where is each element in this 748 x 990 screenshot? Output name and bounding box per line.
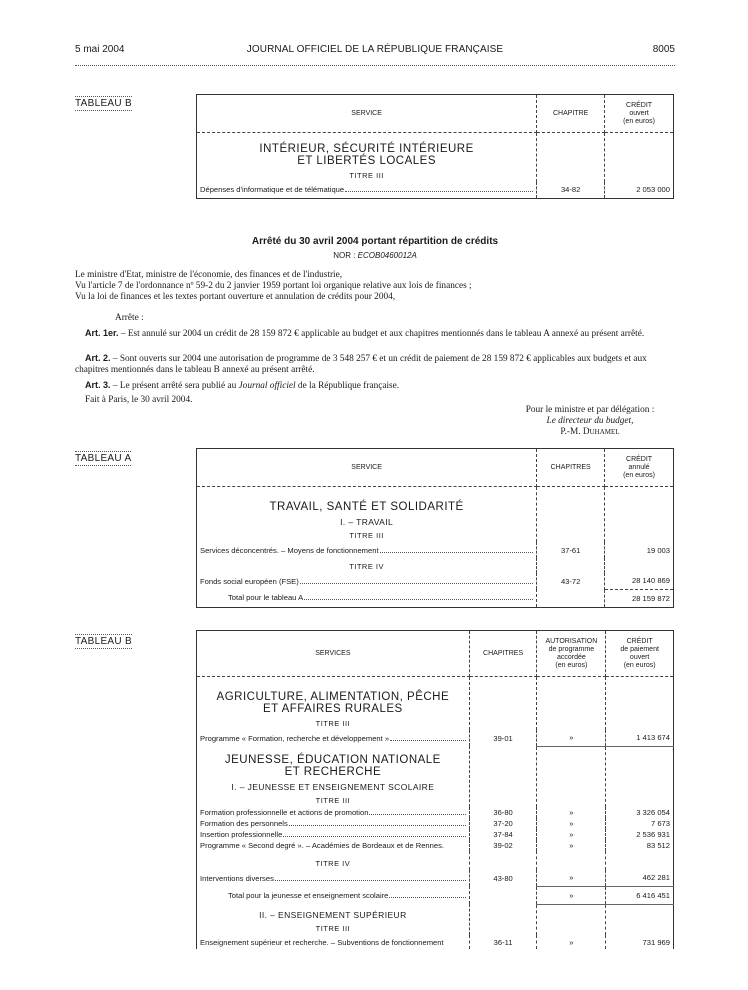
titre-heading: TITRE III	[200, 792, 466, 807]
table-row: Formation professionnelle et actions de …	[197, 807, 674, 818]
page-header: 5 mai 2004 JOURNAL OFFICIEL DE LA RÉPUBL…	[75, 44, 675, 58]
section-heading: II. – ENSEIGNEMENT SUPÉRIEUR	[200, 904, 466, 920]
preamble: Le ministre d'Etat, ministre de l'économ…	[75, 270, 675, 303]
signature-block: Pour le ministre et par délégation : Le …	[470, 405, 710, 438]
col-credit: CRÉDIT annulé (en euros)	[605, 449, 674, 487]
section-heading: I. – JEUNESSE ET ENSEIGNEMENT SCOLAIRE	[200, 778, 466, 792]
table-row: Formation des personnels 37-20 » 7 673	[197, 818, 674, 829]
page-number: 8005	[653, 44, 675, 55]
article-2: Art. 2. – Sont ouverts sur 2004 une auto…	[75, 353, 675, 376]
article-1: Art. 1er. – Est annulé sur 2004 un crédi…	[75, 328, 675, 340]
table-row: Dépenses d'informatique et de télématiqu…	[197, 182, 674, 198]
table-row: Services déconcentrés. – Moyens de fonct…	[197, 542, 674, 558]
table-row: Interventions diverses 43-80 » 462 281	[197, 870, 674, 886]
tableau-a-table: SERVICE CHAPITRES CRÉDIT annulé (en euro…	[196, 448, 674, 608]
journal-title: JOURNAL OFFICIEL DE LA RÉPUBLIQUE FRANÇA…	[75, 44, 675, 55]
arrete-title: Arrêté du 30 avril 2004 portant répartit…	[75, 236, 675, 247]
nor-reference: NOR : ECOB0460012A	[75, 251, 675, 260]
col-services: SERVICES	[197, 631, 470, 677]
col-autorisation: AUTORISATION de programme accordée (en e…	[537, 631, 606, 677]
tableau-b-top-label: TABLEAU B	[75, 96, 132, 111]
tableau-b-label: TABLEAU B	[75, 634, 132, 649]
ministry-heading: JEUNESSE, ÉDUCATION NATIONALE ET RECHERC…	[200, 746, 466, 778]
ministry-heading: INTÉRIEUR, SÉCURITÉ INTÉRIEURE ET LIBERT…	[200, 133, 533, 167]
total-row: Total pour le tableau A 28 159 872	[197, 589, 674, 607]
ministry-heading: TRAVAIL, SANTÉ ET SOLIDARITÉ	[200, 487, 533, 513]
arrete-word: Arrête :	[75, 313, 675, 324]
table-row: Insertion professionnelle 37-84 » 2 536 …	[197, 829, 674, 840]
titre-heading: TITRE III	[200, 527, 533, 542]
section-heading: I. – TRAVAIL	[200, 513, 533, 527]
titre-heading: TITRE III	[200, 167, 533, 182]
titre-heading: TITRE III	[200, 920, 466, 935]
col-credit: CRÉDIT ouvert (en euros)	[605, 95, 674, 133]
total-row: Total pour la jeunesse et enseignement s…	[197, 886, 674, 904]
table-row: Programme « Second degré ». – Académies …	[197, 840, 674, 851]
ministry-heading: AGRICULTURE, ALIMENTATION, PÊCHE ET AFFA…	[200, 677, 466, 715]
table-row: Enseignement supérieur et recherche. – S…	[197, 935, 674, 949]
table-row: Programme « Formation, recherche et déve…	[197, 730, 674, 746]
table-row: Fonds social européen (FSE) 43-72 28 140…	[197, 573, 674, 589]
col-chapitres: CHAPITRES	[469, 631, 537, 677]
titre-heading: TITRE IV	[200, 558, 533, 573]
col-chapitre: CHAPITRE	[537, 95, 605, 133]
header-rule	[75, 65, 675, 66]
tableau-b-top-table: SERVICE CHAPITRE CRÉDIT ouvert (en euros…	[196, 94, 674, 199]
tableau-b-table: SERVICES CHAPITRES AUTORISATION de progr…	[196, 630, 674, 949]
titre-heading: TITRE IV	[200, 851, 466, 870]
tableau-a-label: TABLEAU A	[75, 451, 131, 466]
col-credit-paiement: CRÉDIT de paiement ouvert (en euros)	[606, 631, 674, 677]
article-3: Art. 3. – Le présent arrêté sera publié …	[75, 380, 675, 392]
col-service: SERVICE	[197, 449, 537, 487]
col-service: SERVICE	[197, 95, 537, 133]
titre-heading: TITRE III	[200, 715, 466, 730]
col-chapitres: CHAPITRES	[537, 449, 605, 487]
